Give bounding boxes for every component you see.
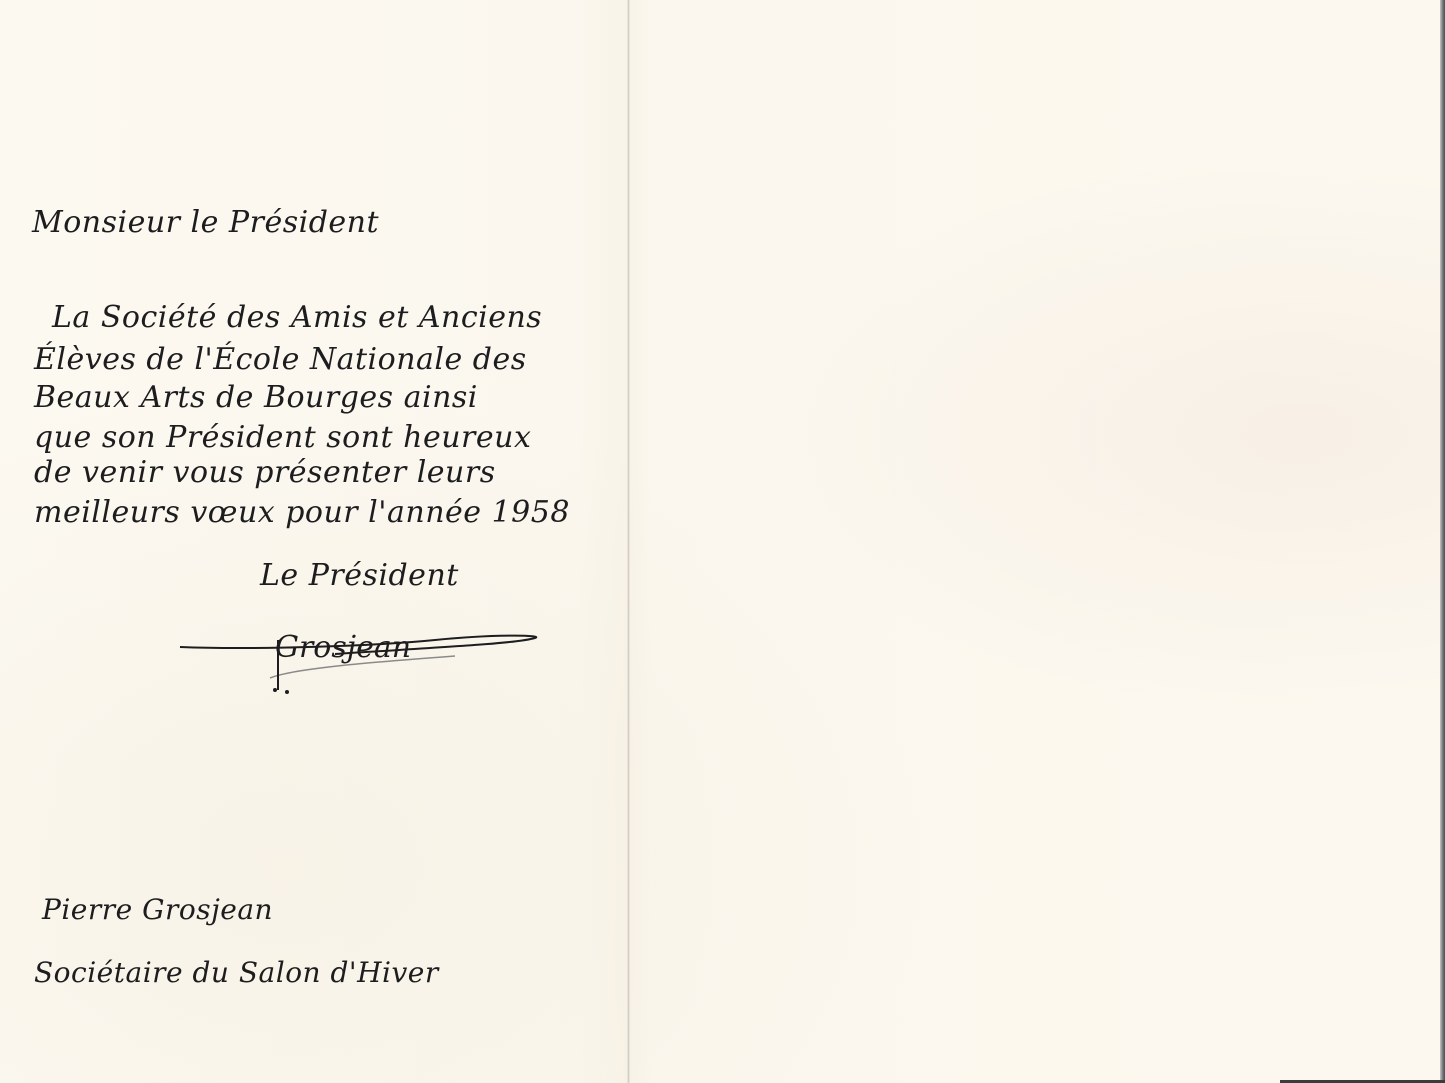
body-line: que son Président sont heureux [34, 420, 531, 455]
signature-text: Grosjean [275, 630, 411, 665]
salutation: Monsieur le Président [32, 205, 379, 240]
body-line: meilleurs vœux pour l'année 1958 [34, 495, 570, 530]
left-panel: Monsieur le Président La Société des Ami… [0, 0, 628, 1083]
closing: Le Président [260, 558, 459, 593]
body-line: Beaux Arts de Bourges ainsi [34, 380, 478, 415]
body-line: de venir vous présenter leurs [34, 455, 496, 490]
footer-title: Sociétaire du Salon d'Hiver [34, 956, 439, 989]
letter-sheet: Monsieur le Président La Société des Ami… [0, 0, 1445, 1083]
right-panel [630, 0, 1440, 1083]
footer-name: Pierre Grosjean [42, 893, 273, 926]
body-line: Élèves de l'École Nationale des [34, 342, 527, 377]
signature: Grosjean [175, 620, 545, 710]
body-line: La Société des Amis et Anciens [52, 300, 542, 335]
paper-edge [1440, 0, 1445, 1083]
